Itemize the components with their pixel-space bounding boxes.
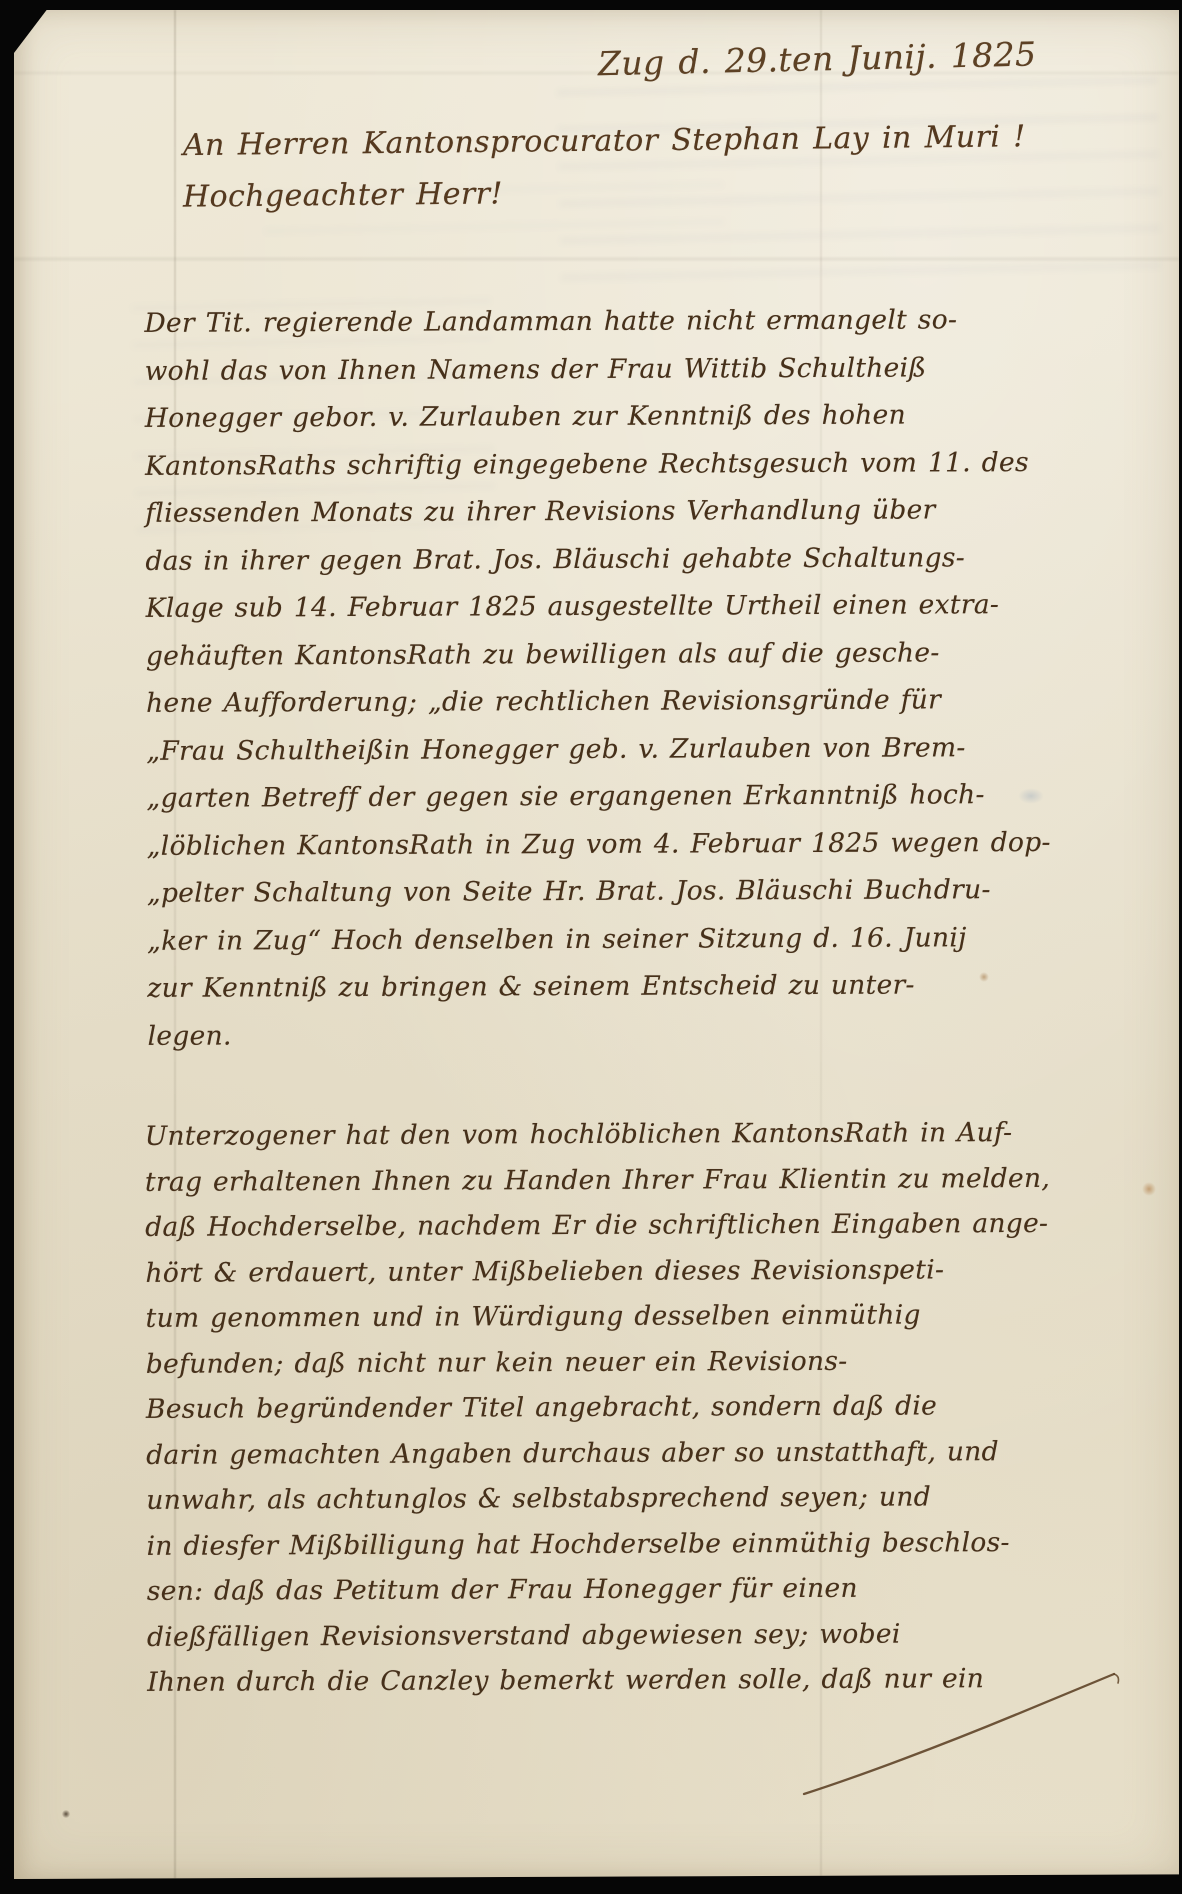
letter-line: Der Tit. regierende Landamman hatte nich… <box>144 296 992 347</box>
verso-ink-show-through <box>556 49 1161 312</box>
paper-stain <box>1142 1182 1156 1196</box>
letter-line: „garten Betreff der gegen sie ergangenen… <box>146 771 994 822</box>
scanned-letter-page: { "letter": { "dateline": "Zug d. 29.ten… <box>0 0 1182 1894</box>
letter-line: „löblichen KantonsRath in Zug vom 4. Feb… <box>147 819 995 870</box>
letter-line: Honegger gebor. v. Zurlauben zur Kenntni… <box>145 391 993 442</box>
letter-line: „ker in Zug“ Hoch denselben in seiner Si… <box>147 914 995 965</box>
letter-line: das in ihrer gegen Brat. Jos. Bläuschi g… <box>145 534 993 585</box>
letter-line: sen: daß das Petitum der Frau Honegger f… <box>147 1565 995 1614</box>
letter-line: tum genommen und in Würdigung desselben … <box>146 1292 994 1341</box>
letter-line: in diesfer Mißbilligung hat Hochderselbe… <box>147 1520 995 1569</box>
salutation: Hochgeachter Herr! <box>183 176 503 214</box>
letter-line: „pelter Schaltung von Seite Hr. Brat. Jo… <box>147 866 995 917</box>
letter-line: darin gemachten Angaben durchaus aber so… <box>146 1429 994 1478</box>
letter-line: daß Hochderselbe, nachdem Er die schrift… <box>145 1201 993 1250</box>
letter-line: legen. <box>147 1009 995 1060</box>
letter-line: Unterzogener hat den vom hochlöblichen K… <box>145 1110 993 1159</box>
letter-line: fliessenden Monats zu ihrer Revisions Ve… <box>145 486 993 537</box>
letter-line: dießfälligen Revisionsverstand abgewiese… <box>147 1611 995 1660</box>
letter-line: Besuch begründender Titel angebracht, so… <box>146 1383 994 1432</box>
paper-stain <box>62 1810 70 1818</box>
body-paragraph-2: Unterzogener hat den vom hochlöblichen K… <box>145 1110 996 1705</box>
paper-stain <box>1018 788 1044 804</box>
letter-line: gehäuften KantonsRath zu bewilligen als … <box>146 629 994 680</box>
horizontal-fold-crease <box>14 258 1179 260</box>
letter-line: Klage sub 14. Februar 1825 ausgestellte … <box>146 581 994 632</box>
body-paragraph-1: Der Tit. regierende Landamman hatte nich… <box>144 296 995 1060</box>
letter-line: befunden; daß nicht nur kein neuer ein R… <box>146 1338 994 1387</box>
letter-line: hört & erdauert, unter Mißbelieben diese… <box>145 1247 993 1296</box>
letter-line: hene Aufforderung; „die rechtlichen Revi… <box>146 676 994 727</box>
letter-line: KantonsRaths schriftig eingegebene Recht… <box>145 439 993 490</box>
closing-flourish-stroke <box>790 1668 1125 1803</box>
letter-line: trag erhaltenen Ihnen zu Handen Ihrer Fr… <box>145 1156 993 1205</box>
letter-line: unwahr, als achtunglos & selbstabspreche… <box>146 1474 994 1523</box>
letter-line: „Frau Schultheißin Honegger geb. v. Zurl… <box>146 724 994 775</box>
letter-line: zur Kenntniß zu bringen & seinem Entsche… <box>147 961 995 1012</box>
letter-line: wohl das von Ihnen Namens der Frau Witti… <box>145 344 993 395</box>
